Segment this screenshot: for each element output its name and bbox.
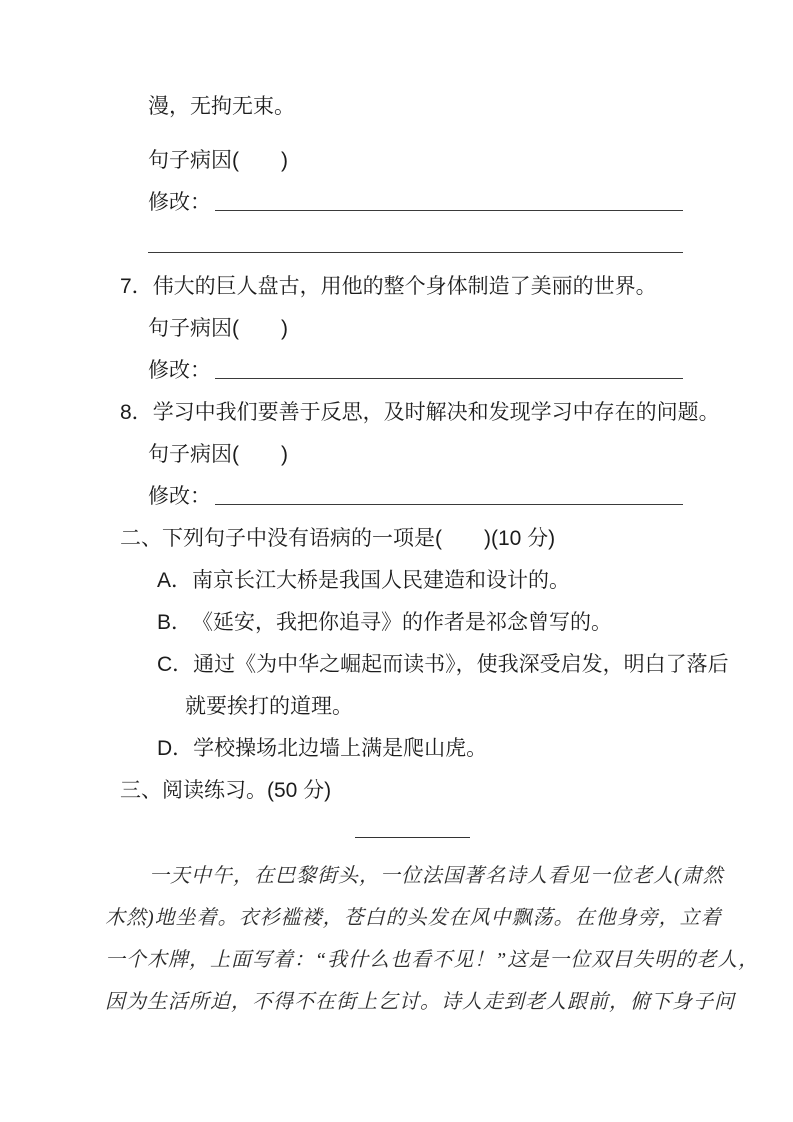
section-heading: 二、 下列句子中没有语病的一项是( ) (10 分) bbox=[120, 516, 683, 558]
cause-label: 句子病因( ) bbox=[120, 432, 683, 474]
option-a: A． 南京长江大桥是我国人民建造和设计的。 bbox=[120, 558, 683, 600]
option-label: D． bbox=[157, 732, 193, 762]
item-6-continued: 漫，无拘无束。 句子病因( ) 修改： bbox=[120, 84, 683, 264]
section-heading: 三、 阅读练习。 (50 分) bbox=[120, 768, 683, 810]
fix-row: 修改： bbox=[120, 474, 683, 516]
fix-answer-blank bbox=[215, 378, 683, 379]
section-prefix: 三、 bbox=[120, 774, 162, 804]
section-score: (10 分) bbox=[491, 522, 555, 552]
fix-label: 修改： bbox=[148, 354, 211, 384]
option-c-wrap: 就要挨打的道理。 bbox=[120, 684, 683, 726]
item-8: 8． 学习中我们要善于反思，及时解决和发现学习中存在的问题。 句子病因( ) 修… bbox=[120, 390, 683, 516]
fix-row: 修改： bbox=[120, 348, 683, 390]
option-text: 学校操场北边墙上满是爬山虎。 bbox=[193, 732, 487, 762]
fix-row: 修改： bbox=[120, 180, 683, 222]
option-label: C． bbox=[157, 648, 193, 678]
section-title: 阅读练习。 bbox=[162, 774, 267, 804]
option-text: 南京长江大桥是我国人民建造和设计的。 bbox=[192, 564, 570, 594]
fix-row-continuation bbox=[120, 222, 683, 264]
cause-label: 句子病因( ) bbox=[120, 138, 683, 180]
passage-title-blank-row bbox=[120, 810, 683, 852]
passage-line: 因为生活所迫，不得不在街上乞讨。诗人走到老人跟前，俯下身子问 bbox=[105, 978, 688, 1020]
option-text-continued: 就要挨打的道理。 bbox=[185, 690, 353, 720]
section-title: 下列句子中没有语病的一项是( ) bbox=[162, 522, 491, 552]
item-sentence: 伟大的巨人盘古，用他的整个身体制造了美丽的世界。 bbox=[153, 270, 657, 300]
section-three: 三、 阅读练习。 (50 分) 一天中午，在巴黎街头，一位法国著名诗人看见一位老… bbox=[120, 768, 683, 1020]
passage-line: 一天中午，在巴黎街头，一位法国著名诗人看见一位老人(肃然 bbox=[105, 852, 688, 894]
item-7: 7． 伟大的巨人盘古，用他的整个身体制造了美丽的世界。 句子病因( ) 修改： bbox=[120, 264, 683, 390]
option-b: B． 《延安，我把你追寻》的作者是祁念曾写的。 bbox=[120, 600, 683, 642]
sentence-tail: 漫，无拘无束。 bbox=[120, 84, 683, 126]
worksheet-page: 漫，无拘无束。 句子病因( ) 修改： 7． 伟大的巨人盘古，用他的整个身体制造… bbox=[0, 0, 793, 1122]
fix-label: 修改： bbox=[148, 186, 211, 216]
reading-passage: 一天中午，在巴黎街头，一位法国著名诗人看见一位老人(肃然 木然)地坐着。衣衫褴褛… bbox=[105, 852, 688, 1020]
option-text: 通过《为中华之崛起而读书》，使我深受启发，明白了落后 bbox=[193, 648, 729, 678]
section-two: 二、 下列句子中没有语病的一项是( ) (10 分) A． 南京长江大桥是我国人… bbox=[120, 516, 683, 768]
section-prefix: 二、 bbox=[120, 522, 162, 552]
fix-answer-blank bbox=[215, 504, 683, 505]
fix-answer-blank-line2 bbox=[148, 252, 683, 253]
passage-line: 一个木牌，上面写着：“我什么也看不见！”这是一位双目失明的老人， bbox=[105, 936, 688, 978]
option-d: D． 学校操场北边墙上满是爬山虎。 bbox=[120, 726, 683, 768]
option-text: 《延安，我把你追寻》的作者是祁念曾写的。 bbox=[192, 606, 612, 636]
cause-label: 句子病因( ) bbox=[120, 306, 683, 348]
item-sentence-row: 8． 学习中我们要善于反思，及时解决和发现学习中存在的问题。 bbox=[120, 390, 683, 432]
passage-title-blank bbox=[355, 837, 470, 838]
fix-answer-blank bbox=[215, 210, 683, 211]
item-number: 7． bbox=[120, 270, 153, 300]
option-label: A． bbox=[157, 564, 192, 594]
option-label: B． bbox=[157, 606, 192, 636]
item-number: 8． bbox=[120, 396, 153, 426]
option-c: C． 通过《为中华之崛起而读书》，使我深受启发，明白了落后 bbox=[120, 642, 683, 684]
item-sentence-row: 7． 伟大的巨人盘古，用他的整个身体制造了美丽的世界。 bbox=[120, 264, 683, 306]
passage-line: 木然)地坐着。衣衫褴褛，苍白的头发在风中飘荡。在他身旁，立着 bbox=[105, 894, 688, 936]
section-score: (50 分) bbox=[267, 774, 331, 804]
fix-label: 修改： bbox=[148, 480, 211, 510]
item-sentence: 学习中我们要善于反思，及时解决和发现学习中存在的问题。 bbox=[153, 396, 720, 426]
